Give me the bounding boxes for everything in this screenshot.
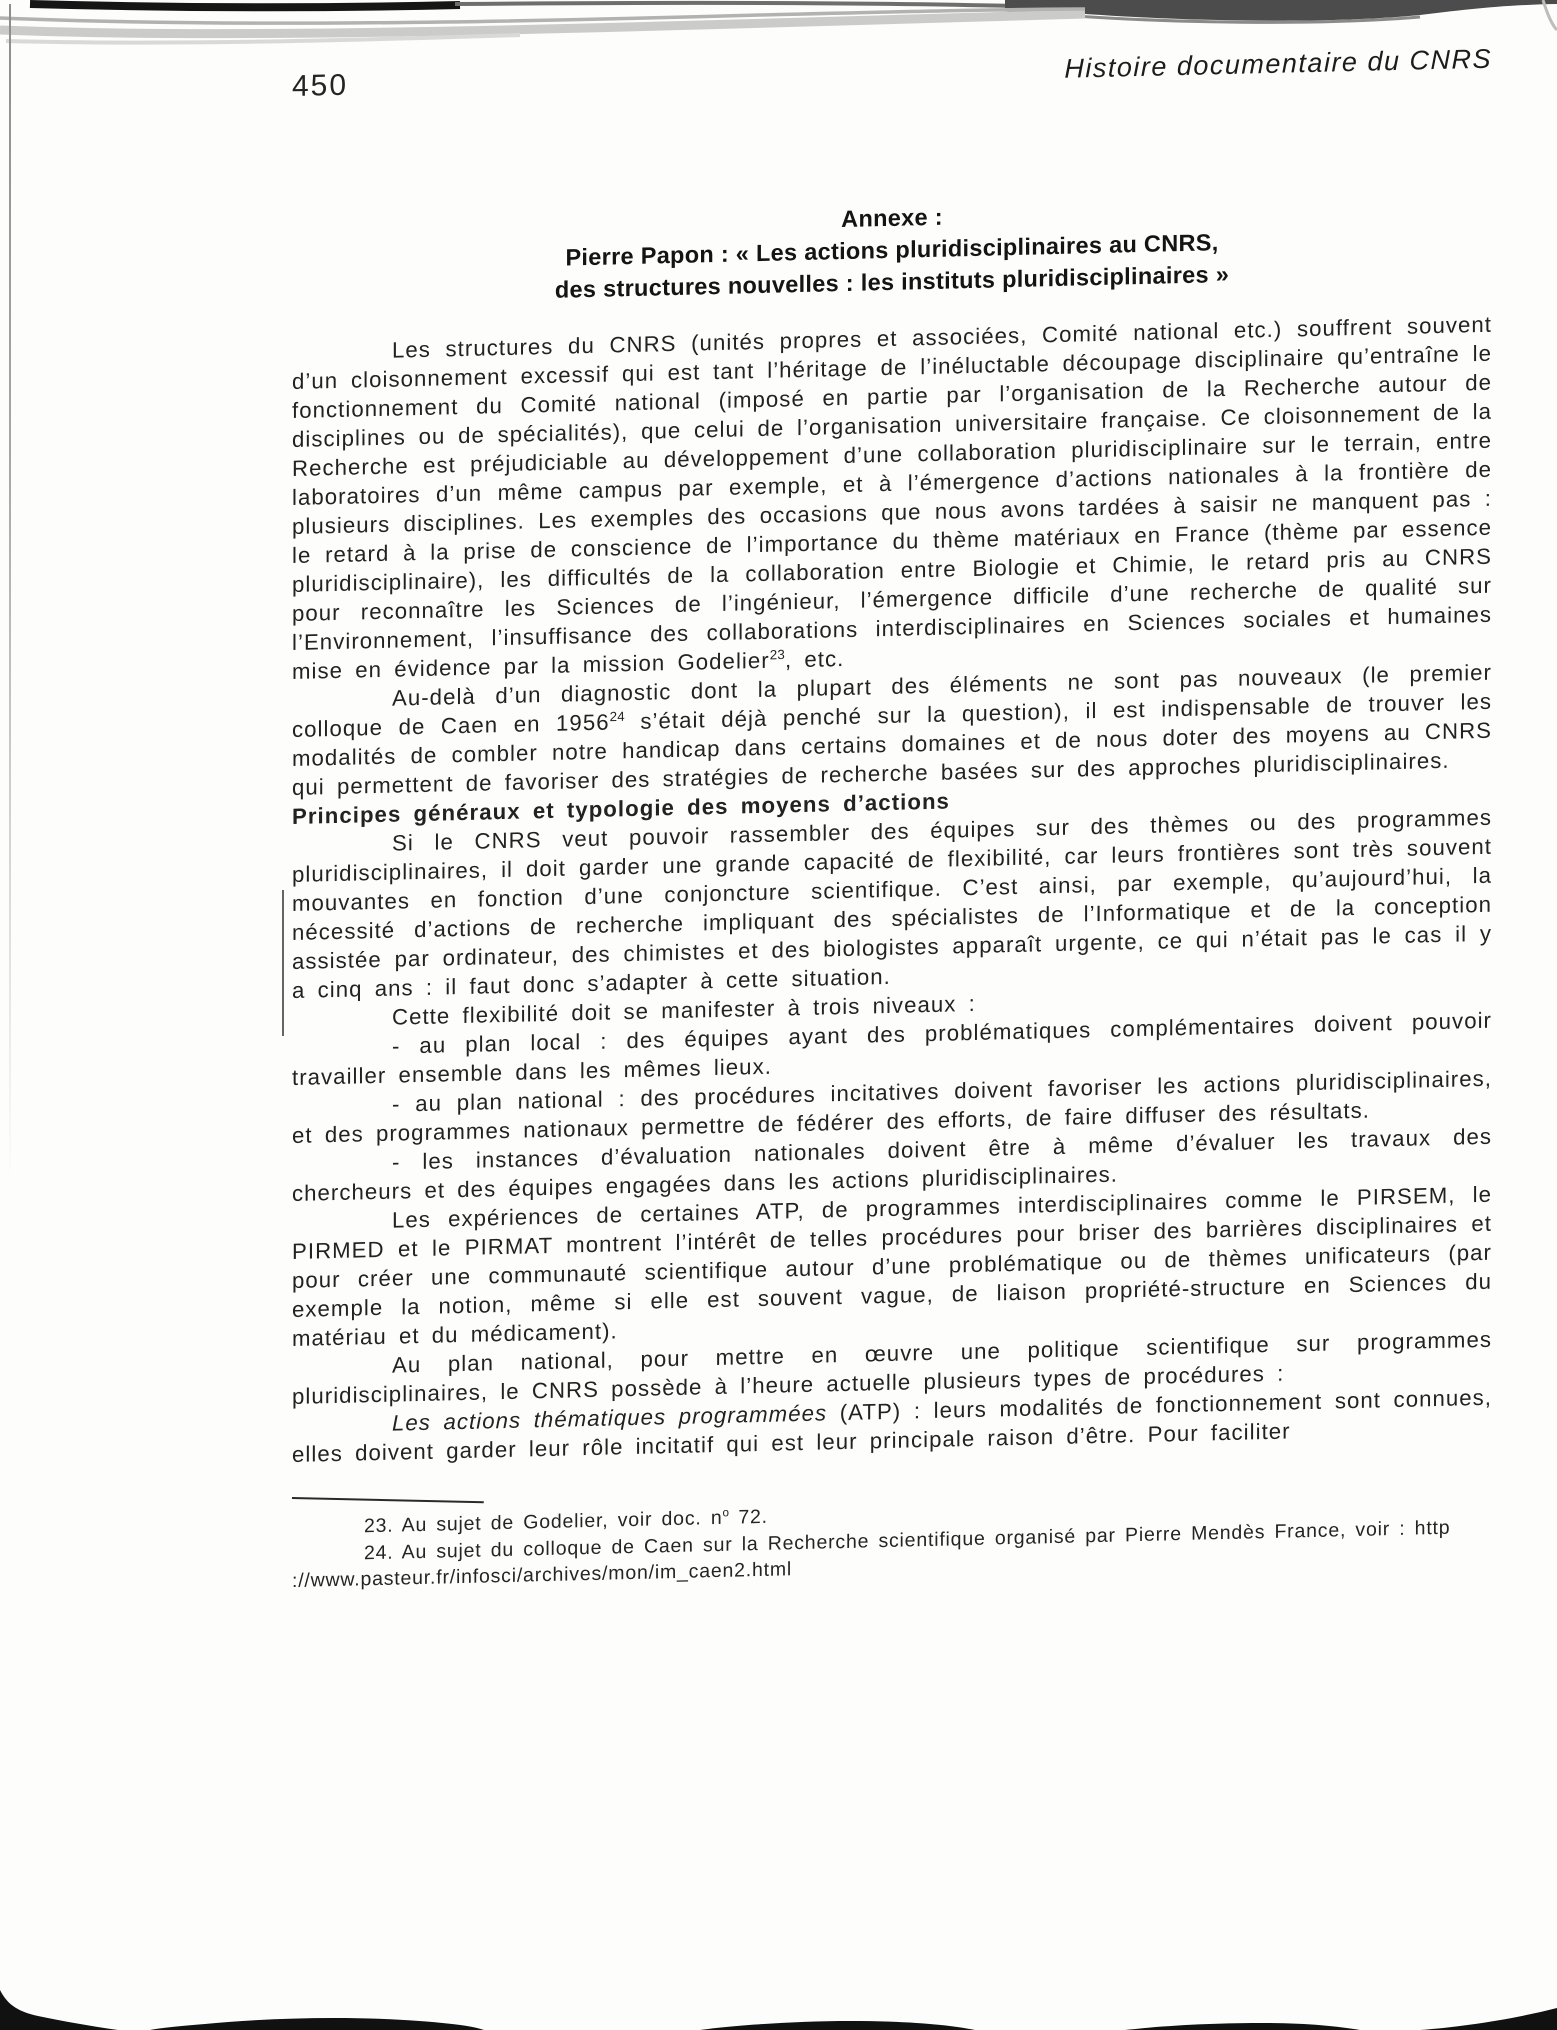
paragraph-flexibilite: Si le CNRS veut pouvoir rassembler des é… bbox=[292, 803, 1492, 1005]
annex-title: Annexe : Pierre Papon : « Les actions pl… bbox=[292, 188, 1492, 312]
footnote-rule bbox=[292, 1497, 484, 1503]
page-number: 450 bbox=[292, 69, 348, 104]
scanned-book-page: { "colors": { "paper": "#fdfdfb", "ink":… bbox=[0, 0, 1557, 2030]
running-head: Histoire documentaire du CNRS bbox=[1064, 44, 1492, 85]
page-content: 450 Histoire documentaire du CNRS Annexe… bbox=[292, 42, 1492, 1595]
paragraph-experiences-atp: Les expériences de certaines ATP, de pro… bbox=[292, 1180, 1492, 1353]
scan-margin-mark-artifact bbox=[282, 890, 284, 1036]
paragraph-structures: Les structures du CNRS (unités propres e… bbox=[292, 310, 1492, 686]
paragraph-text: Les structures du CNRS (unités propres e… bbox=[292, 312, 1492, 684]
scan-left-edge-line-artifact bbox=[9, 4, 11, 1184]
footnote-text: 72. bbox=[729, 1506, 768, 1529]
page-header: 450 Histoire documentaire du CNRS bbox=[292, 42, 1492, 104]
footnote-ref-24: 24 bbox=[610, 709, 625, 724]
body-text: Les structures du CNRS (unités propres e… bbox=[292, 310, 1492, 1469]
footnote-ref-23: 23 bbox=[770, 647, 785, 662]
paragraph-text: , etc. bbox=[785, 646, 844, 672]
scan-bottom-edge-artifact bbox=[0, 1980, 1557, 2030]
